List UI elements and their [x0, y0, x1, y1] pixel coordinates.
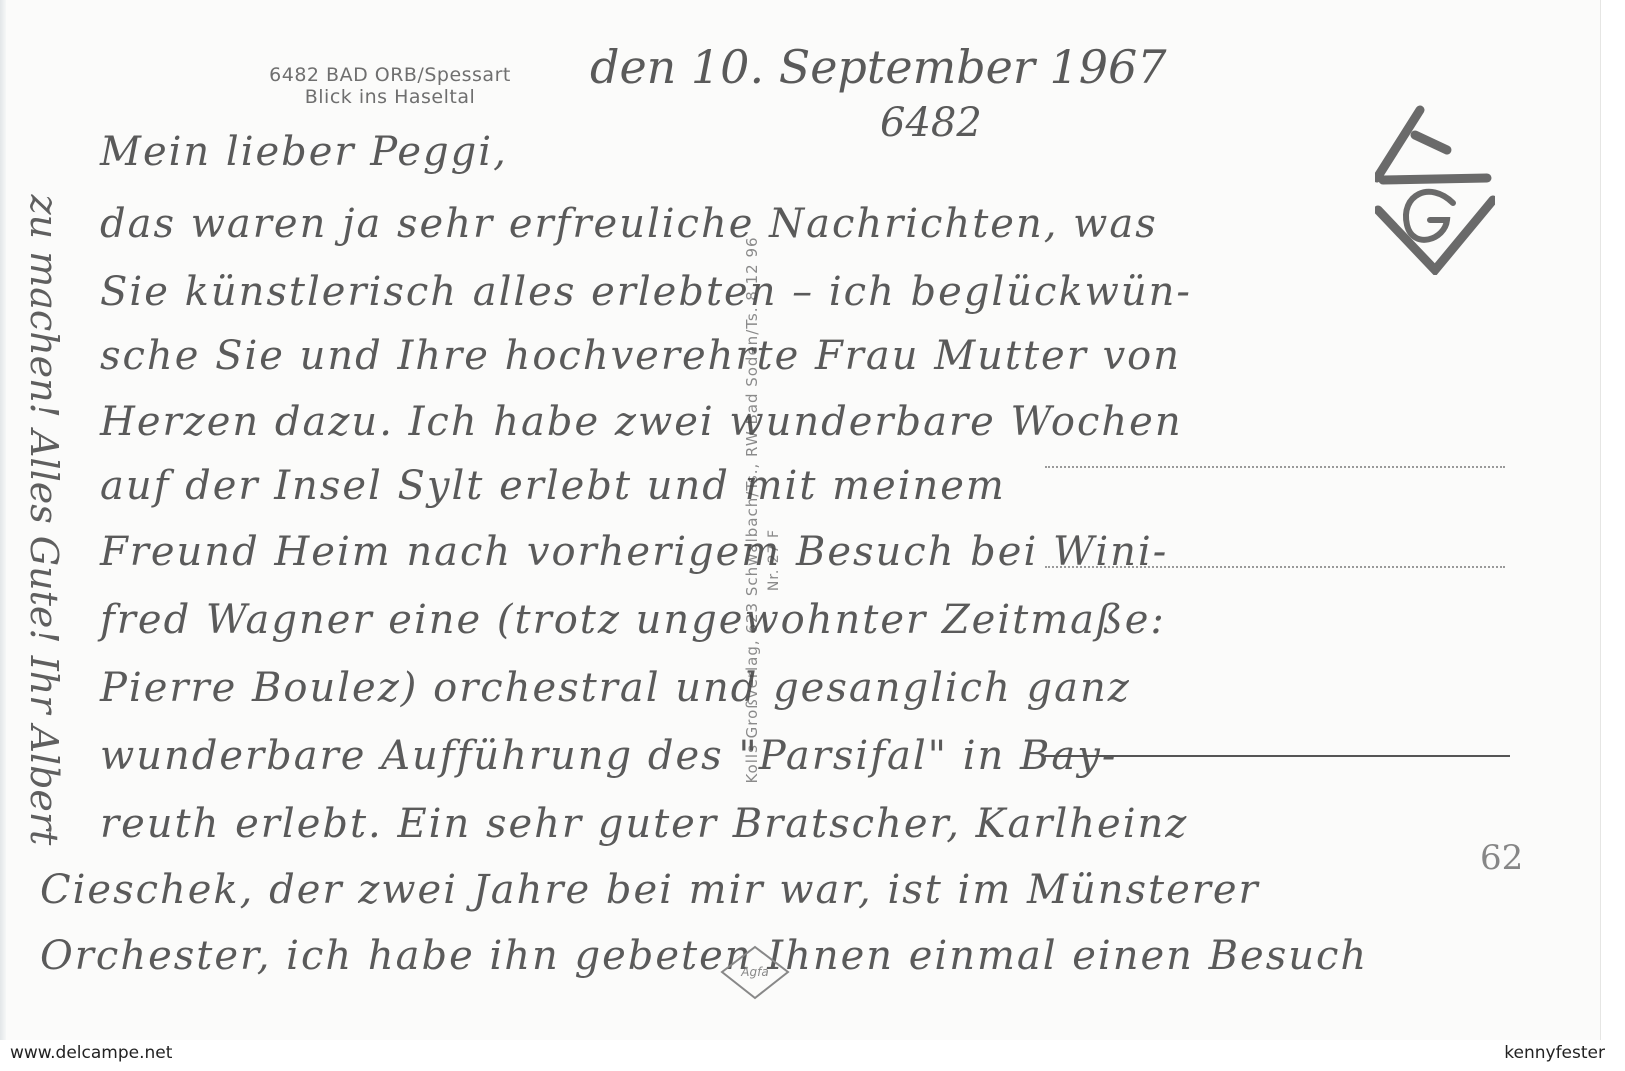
message-line: auf der Insel Sylt erlebt und mit meinem: [100, 462, 1006, 510]
handwritten-margin-number: 62: [1480, 838, 1523, 878]
message-line: Orchester, ich habe ihn gebeten Ihnen ei…: [40, 932, 1368, 980]
publisher-logo-icon: [1375, 100, 1495, 275]
address-line-dotted: [1045, 466, 1505, 468]
message-line: Sie künstlerisch alles erlebten – ich be…: [100, 268, 1192, 316]
message-line: Herzen dazu. Ich habe zwei wunderbare Wo…: [100, 398, 1183, 446]
message-line: das waren ja sehr erfreuliche Nachrichte…: [100, 200, 1158, 248]
seller-watermark: kennyfester: [1504, 1043, 1605, 1063]
caption-subtitle: Blick ins Haseltal: [230, 86, 550, 108]
message-line: Pierre Boulez) orchestral und gesanglich…: [100, 664, 1131, 712]
address-line-solid: [1045, 755, 1510, 757]
handwritten-postcode: 6482: [880, 100, 982, 146]
handwritten-date: den 10. September 1967: [590, 40, 1167, 94]
caption-title: 6482 BAD ORB/Spessart: [230, 64, 550, 86]
agfa-stamp-icon: Agfa: [720, 945, 790, 1000]
message-line: Freund Heim nach vorherigem Besuch bei W…: [100, 528, 1168, 576]
card-edge: [0, 0, 6, 1040]
site-watermark: www.delcampe.net: [10, 1043, 172, 1063]
stamp-text: Agfa: [740, 965, 768, 979]
message-line: wunderbare Aufführung des "Parsifal" in …: [100, 732, 1117, 780]
postcard-back: 6482 BAD ORB/Spessart Blick ins Haseltal…: [0, 0, 1601, 1040]
message-line: sche Sie und Ihre hochverehrte Frau Mutt…: [100, 332, 1181, 380]
message-line: reuth erlebt. Ein sehr guter Bratscher, …: [100, 800, 1188, 848]
printed-caption: 6482 BAD ORB/Spessart Blick ins Haseltal: [230, 64, 550, 108]
handwritten-side-note: zu machen! Alles Gute! Ihr Albert: [22, 195, 66, 846]
message-line: Mein lieber Peggi,: [100, 128, 508, 176]
message-line: fred Wagner eine (trotz ungewohnter Zeit…: [100, 596, 1166, 644]
message-line: Cieschek, der zwei Jahre bei mir war, is…: [40, 866, 1260, 914]
address-line-dotted: [1045, 566, 1505, 568]
